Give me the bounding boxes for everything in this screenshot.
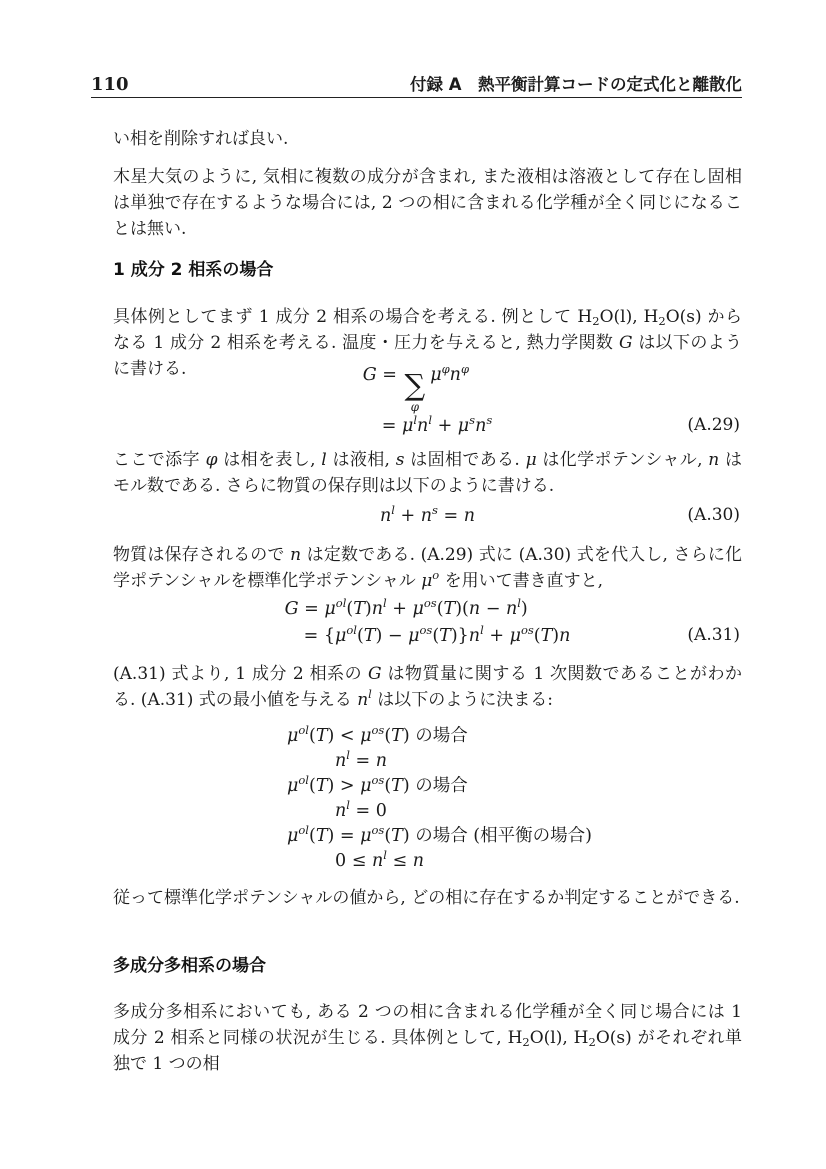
case-result-no-liquid: nl = 0 <box>335 799 742 824</box>
case-list: μol(T) < μos(T) の場合 nl = n μol(T) > μos(… <box>113 724 742 874</box>
equation-a29-line1: G = ∑φμφnφ <box>363 358 493 413</box>
section-heading-one-component-two-phase: 1 成分 2 相系の場合 <box>113 259 742 281</box>
equation-number-a29: (A.29) <box>687 412 740 438</box>
equation-a29: G = ∑φμφnφ = μlnl + μsns (A.29) <box>113 358 742 440</box>
section-heading-multi-component: 多成分多相系の場合 <box>113 955 742 977</box>
document-page: 110 付録 A 熱平衡計算コードの定式化と離散化 い相を削除すれば良い. 木星… <box>0 0 826 1169</box>
equation-a30-line: nl + ns = n <box>380 503 475 530</box>
case-condition-liquid-lower: μol(T) < μos(T) の場合 <box>287 724 742 749</box>
paragraph-jupiter-atmosphere: 木星大気のように, 気相に複数の成分が含まれ, また液相は溶液として存在し固相は… <box>113 164 742 242</box>
equation-a30: nl + ns = n (A.30) <box>113 503 742 530</box>
paragraph-linear-function: (A.31) 式より, 1 成分 2 相系の G は物質量に関する 1 次関数で… <box>113 661 742 713</box>
equation-a31-line1: G = μol(T)nl + μos(T)(n − nl) <box>285 596 571 623</box>
paragraph-substitute: 物質は保存されるので n は定数である. (A.29) 式に (A.30) 式を… <box>113 542 742 594</box>
paragraph-continuation: い相を削除すれば良い. <box>113 126 742 152</box>
case-condition-liquid-higher: μol(T) > μos(T) の場合 <box>287 774 742 799</box>
paragraph-conclusion: 従って標準化学ポテンシャルの値から, どの相に存在するか判定することができる. <box>113 885 742 911</box>
equation-number-a31: (A.31) <box>687 622 740 648</box>
page-number: 110 <box>91 75 129 95</box>
equation-a31-line2: = {μol(T) − μos(T)}nl + μos(T)n <box>285 623 571 650</box>
paragraph-multi-phase: 多成分多相系においても, ある 2 つの相に含まれる化学種が全く同じ場合には 1… <box>113 999 742 1077</box>
equation-a31: G = μol(T)nl + μos(T)(n − nl) = {μol(T) … <box>113 596 742 650</box>
case-condition-equilibrium: μol(T) = μos(T) の場合 (相平衡の場合) <box>287 824 742 849</box>
running-header-title: 付録 A 熱平衡計算コードの定式化と離散化 <box>410 75 742 95</box>
equation-a29-line2: = μlnl + μsns <box>363 413 493 440</box>
case-result-all-liquid: nl = n <box>335 749 742 774</box>
paragraph-notation: ここで添字 φ は相を表し, l は液相, s は固相である. μ は化学ポテン… <box>113 447 742 499</box>
case-result-equilibrium-range: 0 ≤ nl ≤ n <box>335 849 742 874</box>
page-header: 110 付録 A 熱平衡計算コードの定式化と離散化 <box>91 70 742 98</box>
equation-number-a30: (A.30) <box>687 502 740 528</box>
